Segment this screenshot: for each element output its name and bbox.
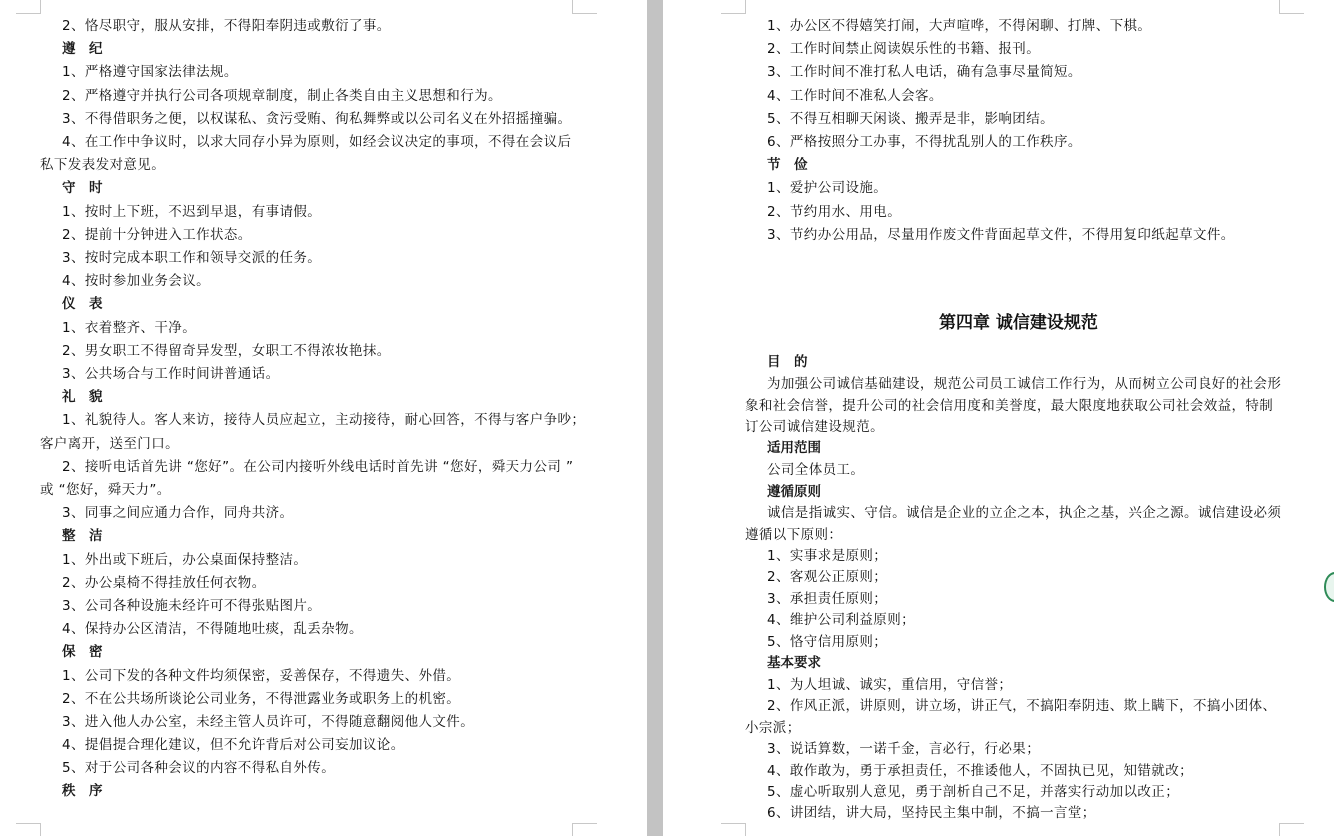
list-item: 1、办公区不得嬉笑打闹，大声喧哗，不得闲聊、打牌、下棋。 (767, 18, 1151, 34)
list-item: 3、不得借职务之便，以权谋私、贪污受贿、徇私舞弊或以公司名义在外招摇撞骗。 (62, 111, 571, 127)
paragraph-continuation: 小宗派； (745, 720, 801, 736)
list-item: 1、按时上下班，不迟到早退，有事请假。 (62, 204, 321, 220)
list-item: 2、办公桌椅不得挂放任何衣物。 (62, 575, 266, 591)
section-heading: 适用范围 (767, 440, 821, 456)
list-item: 2、节约用水、用电。 (767, 204, 901, 220)
section-heading: 礼 貌 (62, 389, 103, 405)
list-item: 4、保持办公区清洁，不得随地吐痰，乱丢杂物。 (62, 621, 363, 637)
document-page-left[interactable]: 2、恪尽职守，服从安排，不得阳奉阴违或敷衍了事。遵 纪1、严格遵守国家法律法规。… (0, 0, 647, 836)
floating-assistant-icon[interactable] (1324, 572, 1334, 602)
list-item: 诚信是指诚实、守信。诚信是企业的立企之本，执企之基，兴企之源。诚信建设必须 (767, 505, 1281, 521)
list-item: 2、严格遵守并执行公司各项规章制度，制止各类自由主义思想和行为。 (62, 88, 502, 104)
list-item: 1、公司下发的各种文件均须保密，妥善保存，不得遗失、外借。 (62, 668, 460, 684)
list-item: 4、维护公司利益原则； (767, 612, 915, 628)
list-item: 1、礼貌待人。客人来访，接待人员应起立，主动接待，耐心回答，不得与客户争吵； (62, 412, 585, 428)
list-item: 1、外出或下班后，办公桌面保持整洁。 (62, 552, 307, 568)
page-corner-mark (1279, 0, 1304, 14)
section-heading: 秩 序 (62, 783, 103, 799)
section-heading: 遵 纪 (62, 41, 103, 57)
page-corner-mark (1279, 823, 1304, 836)
list-item: 3、说话算数，一诺千金，言必行，行必果； (767, 741, 1040, 757)
list-item: 1、实事求是原则； (767, 548, 887, 564)
list-item: 1、衣着整齐、干净。 (62, 320, 196, 336)
page-corner-mark (721, 823, 746, 836)
list-item: 4、敢作敢为，勇于承担责任，不推诿他人，不固执已见，知错就改； (767, 763, 1193, 779)
list-item: 公司全体员工。 (767, 462, 864, 478)
page-corner-mark (572, 823, 597, 836)
list-item: 2、接听电话首先讲 “您好”。在公司内接听外线电话时首先讲 “您好，舜天力公司 … (62, 459, 573, 475)
list-item: 2、客观公正原则； (767, 569, 887, 585)
list-item: 5、对于公司各种会议的内容不得私自外传。 (62, 760, 335, 776)
page-corner-mark (16, 823, 41, 836)
list-item: 2、作风正派，讲原则，讲立场，讲正气，不搞阳奉阴违、欺上瞒下，不搞小团体、 (767, 698, 1276, 714)
paragraph-continuation: 象和社会信誉，提升公司的社会信用度和美誉度，最大限度地获取公司社会效益，特制 (745, 398, 1273, 414)
list-item: 1、爱护公司设施。 (767, 180, 887, 196)
list-item: 3、公共场合与工作时间讲普通话。 (62, 366, 280, 382)
document-page-right[interactable]: 第四章 诚信建设规范 1、办公区不得嬉笑打闹，大声喧哗，不得闲聊、打牌、下棋。2… (663, 0, 1334, 836)
list-item: 3、同事之间应通力合作，同舟共济。 (62, 505, 293, 521)
list-item: 2、男女职工不得留奇异发型，女职工不得浓妆艳抹。 (62, 343, 391, 359)
page-corner-mark (16, 0, 41, 14)
paragraph-continuation: 或 “您好，舜天力”。 (40, 482, 171, 498)
list-item: 4、在工作中争议时，以求大同存小异为原则，如经会议决定的事项，不得在会议后 (62, 134, 571, 150)
list-item: 3、节约办公用品，尽量用作废文件背面起草文件，不得用复印纸起草文件。 (767, 227, 1235, 243)
paragraph-continuation: 遵循以下原则： (745, 527, 842, 543)
section-heading: 节 俭 (767, 157, 808, 173)
page-corner-mark (721, 0, 746, 14)
section-heading: 守 时 (62, 180, 103, 196)
section-heading: 目 的 (767, 354, 808, 370)
page-gap (647, 0, 663, 836)
list-item: 6、严格按照分工办事，不得扰乱别人的工作秩序。 (767, 134, 1082, 150)
list-item: 1、为人坦诚、诚实，重信用，守信誉； (767, 677, 1012, 693)
section-heading: 仪 表 (62, 296, 103, 312)
list-item: 6、讲团结，讲大局，坚持民主集中制，不搞一言堂； (767, 805, 1096, 821)
list-item: 4、工作时间不准私人会客。 (767, 88, 943, 104)
page-corner-mark (572, 0, 597, 14)
list-item: 1、严格遵守国家法律法规。 (62, 64, 238, 80)
list-item: 2、不在公共场所谈论公司业务，不得泄露业务或职务上的机密。 (62, 691, 460, 707)
paragraph-continuation: 客户离开，送至门口。 (40, 436, 179, 452)
list-item: 3、承担责任原则； (767, 591, 887, 607)
list-item: 5、虚心听取别人意见，勇于剖析自己不足，并落实行动加以改正； (767, 784, 1179, 800)
list-item: 5、不得互相聊天闲谈、搬弄是非，影响团结。 (767, 111, 1054, 127)
list-item: 4、提倡提合理化建议，但不允许背后对公司妄加议论。 (62, 737, 405, 753)
paragraph-continuation: 私下发表发对意见。 (40, 157, 165, 173)
list-item: 3、按时完成本职工作和领导交派的任务。 (62, 250, 321, 266)
list-item: 4、按时参加业务会议。 (62, 273, 210, 289)
list-item: 3、进入他人办公室，未经主管人员许可，不得随意翻阅他人文件。 (62, 714, 474, 730)
section-heading: 基本要求 (767, 655, 821, 671)
section-heading: 保 密 (62, 644, 103, 660)
list-item: 2、提前十分钟进入工作状态。 (62, 227, 252, 243)
paragraph-continuation: 订公司诚信建设规范。 (745, 419, 884, 435)
chapter-title: 第四章 诚信建设规范 (939, 308, 1098, 333)
list-item: 为加强公司诚信基础建设，规范公司员工诚信工作行为，从而树立公司良好的社会形 (767, 376, 1281, 392)
list-item: 2、工作时间禁止阅读娱乐性的书籍、报刊。 (767, 41, 1040, 57)
list-item: 2、恪尽职守，服从安排，不得阳奉阴违或敷衍了事。 (62, 18, 391, 34)
section-heading: 遵循原则 (767, 484, 821, 500)
section-heading: 整 洁 (62, 528, 103, 544)
list-item: 3、公司各种设施未经许可不得张贴图片。 (62, 598, 321, 614)
list-item: 3、工作时间不准打私人电话，确有急事尽量简短。 (767, 64, 1082, 80)
list-item: 5、恪守信用原则； (767, 634, 887, 650)
